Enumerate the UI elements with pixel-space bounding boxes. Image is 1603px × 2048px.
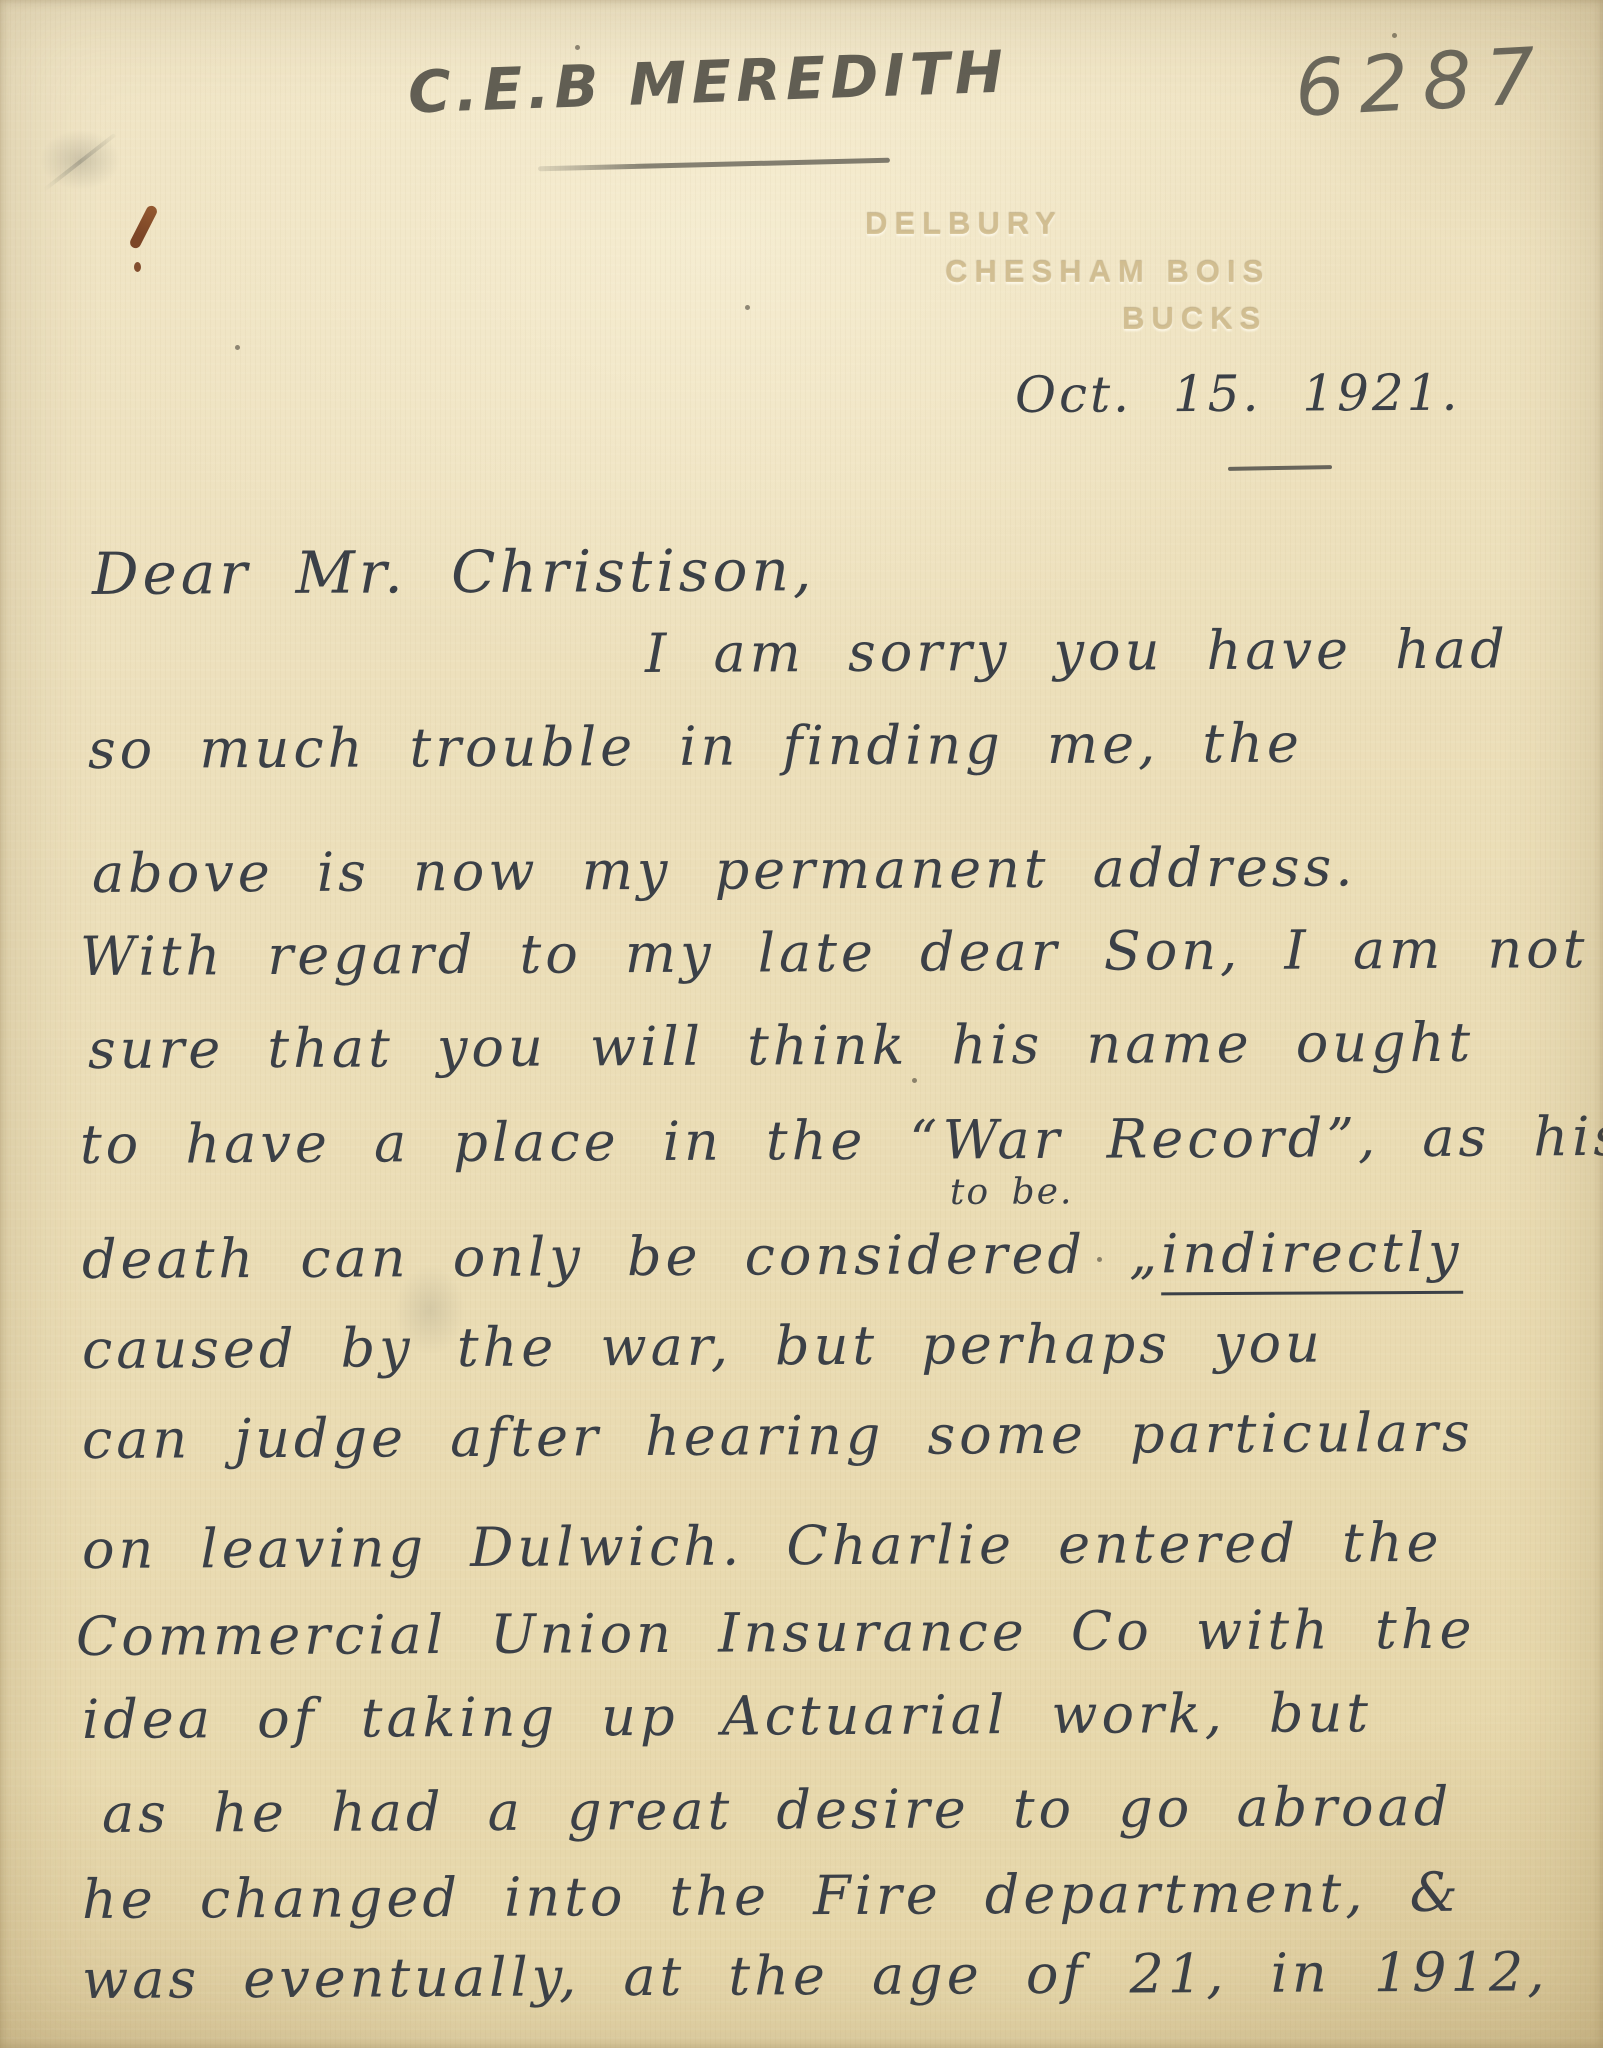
underlined-word: indirectly xyxy=(1161,1221,1463,1296)
letterhead-line2: CHESHAM BOIS xyxy=(945,254,1270,290)
paper-speck xyxy=(235,345,240,350)
letter-line: can judge after hearing some particulars xyxy=(82,1401,1474,1471)
letterhead-line1: DELBURY xyxy=(865,206,1063,242)
letter-line: above is now my permanent address. xyxy=(92,835,1357,905)
letter-line: sure that you will think his name ought xyxy=(88,1011,1474,1081)
paper-speck xyxy=(745,305,750,310)
paper-speck xyxy=(1392,33,1397,38)
letterhead-line3: BUCKS xyxy=(1122,301,1267,337)
letter-page: C.E.B MEREDITH 6287 DELBURY CHESHAM BOIS… xyxy=(0,0,1603,2048)
letter-line: was eventually, at the age of 21, in 191… xyxy=(82,1940,1549,2011)
letter-line: Commercial Union Insurance Co with the xyxy=(76,1598,1476,1668)
letter-line: he changed into the Fire department, & xyxy=(82,1861,1462,1931)
date-underline xyxy=(1228,465,1332,471)
archive-number: 6287 xyxy=(1293,31,1552,134)
letter-line: With regard to my late dear Son, I am no… xyxy=(80,917,1589,988)
letter-line: as he had a great desire to go abroad xyxy=(102,1775,1453,1845)
letter-line: so much trouble in finding me, the xyxy=(88,712,1303,781)
line-text: death can only be considered „ xyxy=(82,1222,1162,1291)
letter-line: I am sorry you have had xyxy=(645,617,1509,685)
letter-line: on leaving Dulwich. Charlie entered the xyxy=(82,1511,1443,1581)
pencil-header-name: C.E.B MEREDITH xyxy=(407,38,1009,127)
paper-speck xyxy=(912,1078,917,1083)
paper-speck xyxy=(1097,1257,1102,1262)
letter-date: Oct. 15. 1921. xyxy=(1015,364,1461,424)
letter-line: to have a place in the “War Record”, as … xyxy=(80,1105,1603,1176)
letter-line: death can only be considered „indirectly xyxy=(82,1221,1463,1291)
ink-smudge xyxy=(395,1265,465,1355)
letter-line: idea of taking up Actuarial work, but xyxy=(82,1681,1372,1751)
rust-stain xyxy=(128,204,159,250)
rust-stain-dot xyxy=(134,262,141,272)
salutation: Dear Mr. Christison, xyxy=(92,536,816,608)
paper-speck xyxy=(575,45,580,50)
pencil-underline xyxy=(538,158,890,172)
interlinear-insertion: to be. xyxy=(950,1171,1074,1213)
letter-line: caused by the war, but perhaps you xyxy=(82,1311,1324,1381)
